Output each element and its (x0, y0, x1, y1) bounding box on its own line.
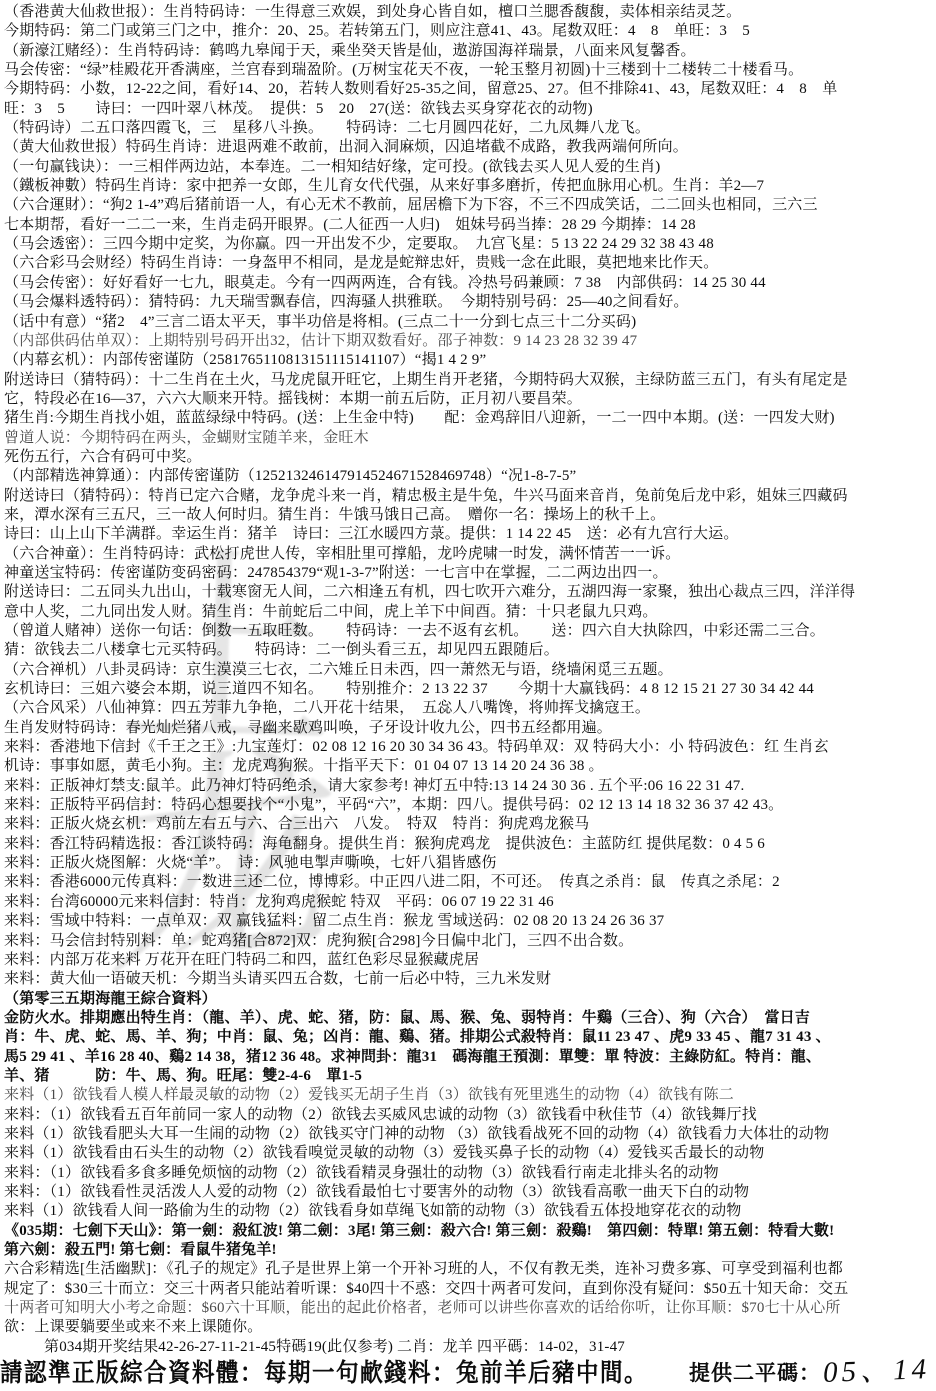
text-line: 来料：正版神灯禁支:鼠羊。此乃神灯特码绝杀，请大家参考! 神灯五中特:13 14… (4, 777, 934, 796)
provided-codes: 提供二平碼： 05、14 (689, 1348, 930, 1389)
text-line: 来料：内部万花来料 万花开在旺门特码二和四，蓝红色彩尽显猴藏虎居 (4, 951, 934, 970)
text-line: 死伤五行，六合有码可中奖。 (4, 448, 934, 467)
text-line: 来，潭水深有三五尺，三一故人何时归。猜生肖：牛饿马饿日己高。 赠你一名：操场上的… (4, 506, 934, 525)
text-line: （内幕玄机）：内部传密谨防（2581765110813151115141107）… (4, 351, 934, 370)
text-line: 附送诗曰：二五同头九出山，十载寒窗无人间，二六相逢五有机，四七吹开六难分，五湖四… (4, 583, 934, 602)
text-line: 附送诗曰（猜特码）：十二生肖在土火，马龙虎鼠开旺它，上期生肖开老猪，今期特码大双… (4, 371, 934, 390)
text-line: （新濠江赌经）：生肖特码诗：鹤鸣九皋闻于天，乘坐癸天皆是仙，遨游国海祥瑞景，八面… (4, 42, 934, 61)
text-line: 旺：3 5 诗曰：一四叶翠八林茂。 提供：5 20 27(送：欲钱去买身穿花衣的… (4, 100, 934, 119)
text-line: 来料：马会信封特别料：单：蛇鸡猪[合872]双：虎狗猴[合298]今日偏中北门，… (4, 932, 934, 951)
text-line: （六合運財）：“狗2 1-4”鸡后猪前语一人，有心无术不教前，屈居檐下为下容，不… (4, 196, 934, 215)
text-line: （马会传密）：好好看好一七九，眼莫走。今有一四两两连，合有钱。冷热号码兼顾：7 … (4, 274, 934, 293)
text-line: 猪生肖:今期生肖找小姐，蓝蓝绿绿中特码。(送：上生金中特) 配：金鸡辞旧八迎新，… (4, 409, 934, 428)
text-line: 六合彩精选[生活幽默]：《孔子的规定》孔子是世界上第一个开补习班的人，不仅有教无… (4, 1260, 934, 1279)
text-line: 来料：香江特码精选报：香江谈特码：海龟翻身。提供生肖：猴狗虎鸡龙 提供波色：主蓝… (4, 835, 934, 854)
handwritten-codes: 05、14 (822, 1346, 930, 1391)
text-line: 猜：欲钱去二八楼拿七元买特码。 特码诗：二一倒头看三五，却见四五跟随后。 (4, 641, 934, 660)
text-line: （马会爆料透特码）：猜特码：九天瑞雪飘春信，四海骚人拱雅联。 今期特别号码：25… (4, 293, 934, 312)
text-line: 七本期帮，看好一二二一来，生肖走码开眼界。(二人征西一人归) 姐妹号码当捧：28… (4, 216, 934, 235)
text-line: 欲：上课要躺要坐或来不来上课随你。 (4, 1318, 934, 1337)
text-line: （第零三五期海龍王綜合資料） (4, 990, 934, 1009)
text-line: 来料：台湾60000元来料信封：特肖：龙狗鸡虎猴蛇 特双 平码：06 07 19… (4, 893, 934, 912)
text-line: 《035期：七劍下天山》：第一劍：殺紅波! 第二劍：3尾! 第三劍：殺六合! 第… (4, 1222, 934, 1241)
text-line: 它，特段必在16—37，六六大顺来开特。摇钱树：本期一前五后防，正月初八要昌荣。 (4, 390, 934, 409)
text-line: 来料：正版火烧玄机：鸡前左右五与六、合三出六 八发。 特双 特肖：狗虎鸡龙猴马 (4, 815, 934, 834)
text-line: 曾道人说：今期特码在两头，金蝴财宝随羊来，金旺木 (4, 429, 934, 448)
text-line: （一句赢钱诀）：一三相伴两边站，本奉连。二一相知结好缘，定可投。(欲钱去买人见人… (4, 158, 934, 177)
authenticity-notice: 請認準正版綜合資料體：每期一句欳錢料：兔前羊后豬中間。 (0, 1353, 648, 1388)
text-line: （曾道人赌神）送你一句话：倒数一五取旺数。 特码诗：一去不返有玄机。 送：四六自… (4, 622, 934, 641)
text-line: 来料：正版火烧图解：火烧“羊”。 诗：风驰电掣声嘶唤，七奸八猖皆感伤 (4, 854, 934, 873)
text-line: 来料：香港地下信封《千王之王》:九宝莲灯：02 08 12 16 20 30 3… (4, 738, 934, 757)
text-line: 生肖发财特码诗：春光灿烂猪八戒，寻幽来歇鸡叫唤，子牙设计收九公，四书五经都用遍。 (4, 719, 934, 738)
text-line: 意中人奖，二九同出发人财。猜生肖：牛前蛇后二中间，虎上羊下中间酉。猜：十只老鼠九… (4, 603, 934, 622)
text-line: 来料：香港6000元传真料：一数进三还二位，博博彩。中正四八进二阳，不可还。 传… (4, 873, 934, 892)
text-line: 来料（1）欲钱看人间一路偷为生的动物（2）欲钱看身如草绳飞如箭的动物（3）欲钱看… (4, 1202, 934, 1221)
text-line: 第六劍：殺五門! 第七劍：看鼠牛猪兔羊! (4, 1241, 934, 1260)
text-line: 马会传密：“绿”桂殿花开香满座，兰宫春到瑞盈阶。(万树宝花天不夜，一轮玉整月初圆… (4, 61, 934, 80)
document-page: （香港黄大仙救世报）：生肖特码诗：一生得意三欢娱，到处身心皆自如，檀口兰腮香馥馥… (0, 0, 936, 1357)
text-line: （黄大仙救世报）特码生肖诗：进退两难不敢前，出洞入洞麻烦，囚追堵截不成路，教我两… (4, 138, 934, 157)
text-line: 来料：（1）欲钱看五百年前同一家人的动物（2）欲钱去买威风忠诚的动物（3）欲钱看… (4, 1106, 934, 1125)
text-line: （六合神童）：生肖特码诗：武松打虎世人传，宰相肚里可撑船，龙吟虎啸一时发，满怀情… (4, 545, 934, 564)
text-line: 来料：黄大仙一语破天机：今期当头请买四五合数，七前一后必中特，三九米发财 (4, 970, 934, 989)
text-line: 馬5 29 41 、羊16 28 40、鷄2 14 38，猪12 36 48。求… (4, 1048, 934, 1067)
text-line: （鐵板神數）特码生肖诗：家中把养一女郎，生儿育女代代强，从来好事多磨折，传把血脉… (4, 177, 934, 196)
text-line: 十两者可知明大小考之命题：$60六十耳顺，能出的起此价格者，老师可以讲些你喜欢的… (4, 1299, 934, 1318)
text-line: 诗曰：山上山下羊满群。幸运生肖：猪羊 诗曰：三江水暖四方菉。提供：1 14 22… (4, 525, 934, 544)
text-line: 来料：（1）欲钱看多食多睡免烦恼的动物（2）欲钱看精灵身强壮的动物（3）欲钱看行… (4, 1164, 934, 1183)
text-line: 来料（1）欲钱看肥头大耳一生闹的动物（2）欲钱买守门神的动物 （3）欲钱看战死不… (4, 1125, 934, 1144)
text-line: （内部供码估单双）：上期特别号码开出32，估计下期双数看好。邵子神数：9 14 … (4, 332, 934, 351)
text-line: 来料：雪域中特料：一点单双：双 赢钱猛料：留二点生肖：猴龙 雪域送码：02 08… (4, 912, 934, 931)
text-line: 来料：（1）欲钱看性灵活泼人人爱的动物（2）欲钱看最怕七寸要害外的动物（3）欲钱… (4, 1183, 934, 1202)
text-line: 来料（1）欲钱看由石头生的动物（2）欲钱看嗅觉灵敏的动物（3）爱钱买鼻子长的动物… (4, 1144, 934, 1163)
text-line: （内部精选神算通）：内部传密谨防（12521324614791452467152… (4, 467, 934, 486)
text-line: （马会透密）：三四今期中定奖，为你赢。四一开出发不少，定要取。 九宫飞星：5 1… (4, 235, 934, 254)
text-line: 玄机诗曰：三姐六婆会本期，说三道四不知名。 特别推介：2 13 22 37 今期… (4, 680, 934, 699)
text-line: 今期特码：小数，12-22之间，看好14、20，若转人数则看好25-35之间，留… (4, 80, 934, 99)
provide-label: 提供二平碼： (689, 1357, 821, 1387)
footer-banner: 請認準正版綜合資料體：每期一句欳錢料：兔前羊后豬中間。 提供二平碼： 05、14 (0, 1348, 930, 1389)
text-line: 今期特码：第二门或第三门之中，推介：20、25。若转第五门，则应注意41、43。… (4, 22, 934, 41)
text-line: 神童送宝特码：传密谨防变码密码：247854379“观1-3-7”附送：一七言中… (4, 564, 934, 583)
text-line: 来料：正版特平码信封：特码心想要找个“小鬼”，平码“六”，本期：四八。提供号码：… (4, 796, 934, 815)
text-line: 来料（1）欲钱看人模人样最灵敏的动物（2）爱钱买无胡子生肖（3）欲钱有死里逃生的… (4, 1086, 934, 1105)
text-line: （六合彩马会财经）特码生肖诗：一身盔甲不相同，是龙是蛇辩忠奸，贵贱一念在此眼，莫… (4, 254, 934, 273)
text-line: （六合风采）八仙神算：四五芳菲九争艳，二八开花十结果， 五惢人八嘴馋，将帅挥戈擒… (4, 699, 934, 718)
text-line: 金防火水。排期應出特生肖：（龍、羊）、虎、蛇、猪，防：鼠、馬、猴、兔、弱特肖：牛… (4, 1009, 934, 1028)
scanned-lottery-tip-sheet: { "page": { "watermarks": { "glyph1": "上… (0, 0, 936, 1391)
text-line: 肖：牛、虎、蛇、馬、羊、狗；中肖：鼠、兔；凶肖：龍、鷄、猪。排期公式殺特肖：鼠1… (4, 1028, 934, 1047)
text-line: （香港黄大仙救世报）：生肖特码诗：一生得意三欢娱，到处身心皆自如，檀口兰腮香馥馥… (4, 3, 934, 22)
text-line: （话中有意）“猪2 4”三言二语太平天，事半功倍是将相。(三点二十一分到七点三十… (4, 313, 934, 332)
text-line: 附送诗曰（猜特码）：特肖已定六合赌，龙争虎斗来一肖，精忠极主是牛兔，牛兴马面来音… (4, 487, 934, 506)
text-line: 羊、猪 防：牛、馬、狗。旺尾：雙2-4-6 單1-5 (4, 1067, 934, 1086)
text-line: （特码诗）二五口落四霞飞，三 星移八斗换。 特码诗：二七月圆四花好，二九凤舞八龙… (4, 119, 934, 138)
text-line: 机诗：事事如愿，黄毛小狗。主：龙虎鸡狗猴。十指平天下：01 04 07 13 1… (4, 757, 934, 776)
text-line: 规定了：$30三十而立：交三十两者只能站着听课：$40四十不惑：交四十两者可发问… (4, 1280, 934, 1299)
text-line: （六合禅机）八卦灵码诗：京生漠漠三七衣，二六雉丘日未西，四一萧然无与语，绕墙闲觅… (4, 661, 934, 680)
